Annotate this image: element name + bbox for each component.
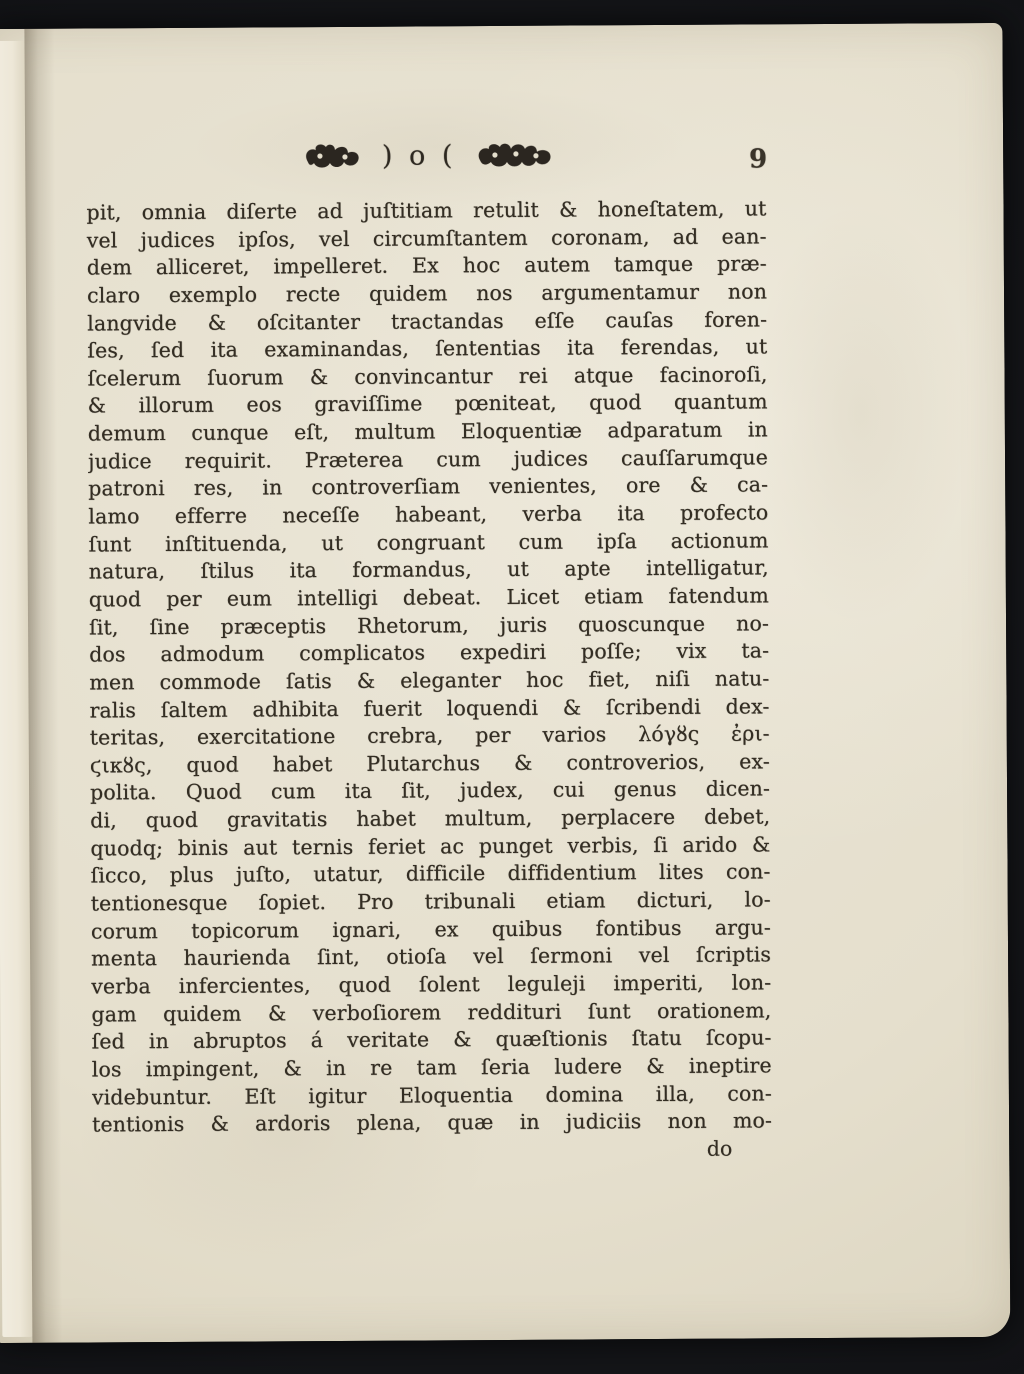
body-line: menta haurienda ſint, otioſa vel ſermoni… — [91, 942, 771, 974]
body-line: polita. Quod cum ita ſit, judex, cui gen… — [90, 776, 770, 808]
body-line: pit, omnia diſerte ad juſtitiam retulit … — [86, 195, 766, 227]
body-line: ſes, ſed ita examinandas, ſententias ita… — [87, 334, 767, 366]
body-line: ralis ſaltem adhibita fuerit loquendi & … — [89, 693, 769, 725]
catchword: do — [92, 1135, 772, 1167]
page-number: 9 — [749, 144, 767, 174]
body-text: pit, omnia diſerte ad juſtitiam retulit … — [86, 195, 772, 1167]
body-line: gam quidem & verboſiorem reddituri ſunt … — [91, 997, 771, 1029]
body-line: natura, ſtilus ita formandus, ut apte in… — [89, 555, 769, 587]
body-line: claro exemplo recte quidem nos argumenta… — [87, 278, 767, 310]
paper-stain — [749, 203, 972, 624]
body-line: patroni res, in controverſiam venientes,… — [88, 472, 768, 504]
body-line: ſicco, plus juſto, utatur, difficile dif… — [90, 859, 770, 891]
body-line: verba infercientes, quod ſolent leguleji… — [91, 969, 771, 1001]
body-line: teritas, exercitatione crebra, per vario… — [90, 721, 770, 753]
header-divider: ) o ( — [382, 140, 457, 171]
body-line: ϛικȣς, quod habet Plutarchus & controver… — [90, 748, 770, 780]
body-line: dem alliceret, impelleret. Ex hoc autem … — [87, 251, 767, 283]
body-line: ſcelerum ſuorum & convincantur rei atque… — [87, 361, 767, 393]
body-line: ſed in abruptos á veritate & quæſtionis … — [92, 1025, 772, 1057]
body-line: quod per eum intelligi debeat. Licet eti… — [89, 582, 769, 614]
body-line: judice requirit. Præterea cum judices ca… — [88, 444, 768, 476]
body-line: demum cunque eſt, multum Eloquentiæ adpa… — [88, 416, 768, 448]
body-line: dos admodum complicatos expediri poſſe; … — [89, 638, 769, 670]
header-ornament: ) o ( — [300, 140, 559, 173]
body-line: men commode ſatis & eleganter hoc fiet, … — [89, 665, 769, 697]
fleuron-right-icon — [472, 140, 558, 171]
body-line: corum topicorum ignari, ex quibus fontib… — [91, 914, 771, 946]
body-line: tentionesque ſopiet. Pro tribunali etiam… — [91, 886, 771, 918]
body-line: vel judices ipſos, vel circumſtantem cor… — [87, 223, 767, 255]
body-line: & illorum eos graviſſime pœniteat, quod … — [88, 389, 768, 421]
body-line: quodq; binis aut ternis feriet ac punget… — [90, 831, 770, 863]
fleuron-left-icon — [300, 141, 366, 171]
body-line: videbuntur. Eſt igitur Eloquentia domina… — [92, 1080, 772, 1112]
body-line: langvide & oſcitanter tractandas eſſe ca… — [87, 306, 767, 338]
body-line: tentionis & ardoris plena, quæ in judici… — [92, 1107, 772, 1139]
body-line: los impingent, & in re tam ſeria ludere … — [92, 1052, 772, 1084]
running-header: ) o ( 9 — [89, 134, 769, 184]
book-page-scan: ) o ( 9 pit, omnia diſerte ad juſtitiam … — [0, 23, 1010, 1343]
body-line: ſunt inſtituenda, ut congruant cum ipſa … — [88, 527, 768, 559]
body-line: ſit, ſine præceptis Rhetorum, juris quos… — [89, 610, 769, 642]
body-line: di, quod gravitatis habet multum, perpla… — [90, 803, 770, 835]
body-line: lamo efferre neceſſe habeant, verba ita … — [88, 499, 768, 531]
